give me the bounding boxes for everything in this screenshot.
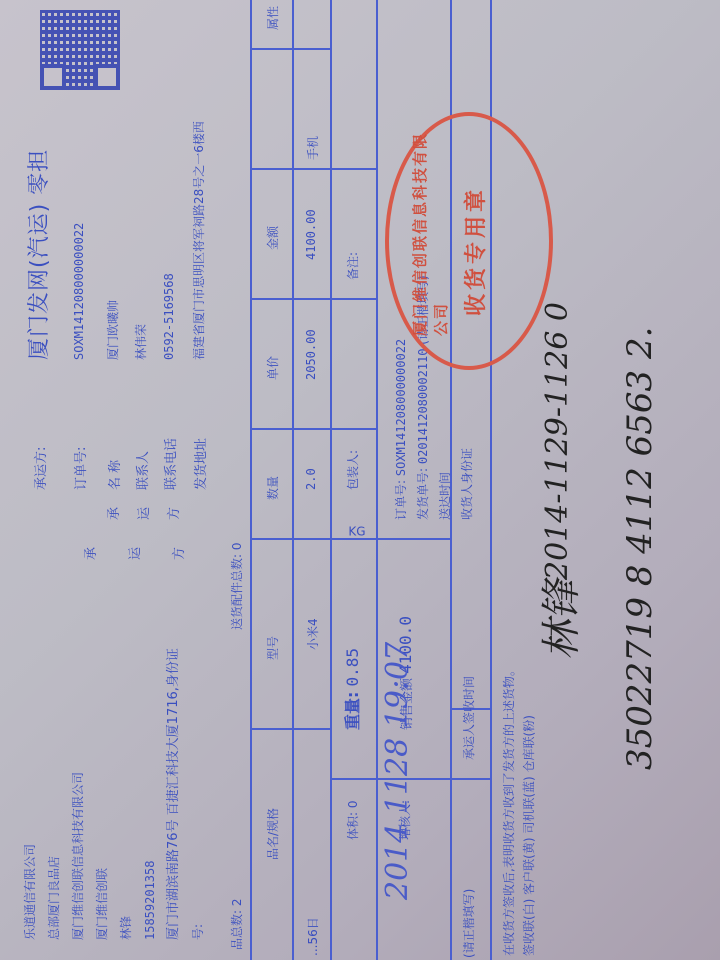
shipper-company-2: 总部厦门良品店 — [42, 648, 66, 940]
parts-total: 送货配件总数: 0 — [228, 542, 245, 630]
shipper-company-4: 厦门维信创联 — [90, 648, 114, 940]
total-items: 品总数: 2 — [228, 898, 245, 950]
remark-label: 备注: — [344, 252, 361, 280]
carrier-name-value: 厦门欧曦帅 — [104, 300, 121, 360]
carrier-sign-label: 承运人签收时间 — [460, 676, 477, 760]
stamp-center-text: 收货专用章 — [459, 186, 490, 316]
cell-qty: 2.0 — [304, 468, 318, 490]
cell-attribute: 手机 — [304, 136, 321, 160]
handwritten-signature: 林锋 — [530, 580, 587, 660]
carrier-title: 厦门发网(汽运) 零担 — [22, 149, 53, 360]
shipper-phone: 15859201358 — [138, 648, 162, 940]
weight-unit: KG — [348, 524, 365, 538]
header-amount: 金额 — [264, 226, 281, 250]
waybill-sheet: 乐道通信有限公司 总部厦门良品店 厦门维信创联信息科技有限公司 厦门维信创联 林… — [0, 0, 720, 960]
carrier-contact-value: 林伟荣 — [132, 324, 149, 360]
shipper-side-label: 承运方 — [70, 547, 202, 560]
shipper-company-1: 乐道通信有限公司 — [18, 648, 42, 940]
shipper-block: 乐道通信有限公司 总部厦门良品店 厦门维信创联信息科技有限公司 厦门维信创联 林… — [18, 648, 210, 940]
cell-amount: 4100.00 — [304, 209, 318, 260]
cell-name: ...56日 — [304, 917, 321, 956]
packer-label: 包装人: — [344, 450, 361, 490]
carrier-address-label: 发货地址 — [190, 438, 209, 490]
fill-note: (请正楷填写) — [460, 889, 477, 958]
volume: 体积: 0 — [344, 800, 361, 840]
carrier-address-value: 福建省厦门市思明区将军祠路28号之一6楼西 — [190, 121, 207, 360]
qr-code-icon — [40, 10, 120, 90]
handwritten-line-1: 2014-1129-1126 0 — [540, 302, 575, 580]
header-qty: 数量 — [264, 476, 281, 500]
carrier-phone-label: 联系电话 — [160, 438, 179, 490]
cell-model: 小米4 — [304, 618, 321, 650]
carrier-phone-value: 0592-5169568 — [162, 273, 176, 360]
footer-copies: 签收联(白) 客户联(黄) 司机联(蓝) 仓库联(粉) — [520, 715, 537, 956]
handwritten-line-2: 35022719 8 4112 6563 2. — [620, 327, 660, 770]
footer-notice: 在收货方签收后,表明收货方收到了发货方的上述货物。 — [500, 664, 517, 956]
carrier-name-label: 名 称 — [104, 460, 123, 490]
stamp-ring-text: 厦门维信创联信息科技有限公司 — [409, 116, 451, 336]
carrier-contact-label: 联系人 — [132, 451, 151, 490]
header-unit-price: 单价 — [264, 356, 281, 380]
weight: 重量: 0.85 — [340, 648, 363, 730]
shipper-company-3: 厦门维信创联信息科技有限公司 — [66, 648, 90, 940]
carrier-order-label: 订单号: — [70, 447, 89, 490]
carrier-label: 承运方: — [30, 447, 49, 490]
header-name: 品名/规格 — [264, 808, 281, 860]
shipper-contact: 林锋 — [114, 648, 138, 940]
shipper-address-tail: 号: — [186, 648, 210, 940]
shipper-address: 厦门市湖滨南路76号 百捷汇科技大厦1716,身份证 — [162, 648, 186, 940]
header-model: 型号 — [264, 636, 281, 660]
header-attribute: 属性 — [264, 6, 281, 30]
receipt-stamp: 厦门维信创联信息科技有限公司 收货专用章 — [385, 112, 553, 370]
handwritten-date: 2014 1128 19:07 — [380, 642, 415, 900]
carrier-order-value: SOXM141208000000022 — [72, 223, 86, 360]
carrier-side-labels: 承 运 方 — [100, 507, 190, 520]
cell-unit-price: 2050.00 — [304, 329, 318, 380]
